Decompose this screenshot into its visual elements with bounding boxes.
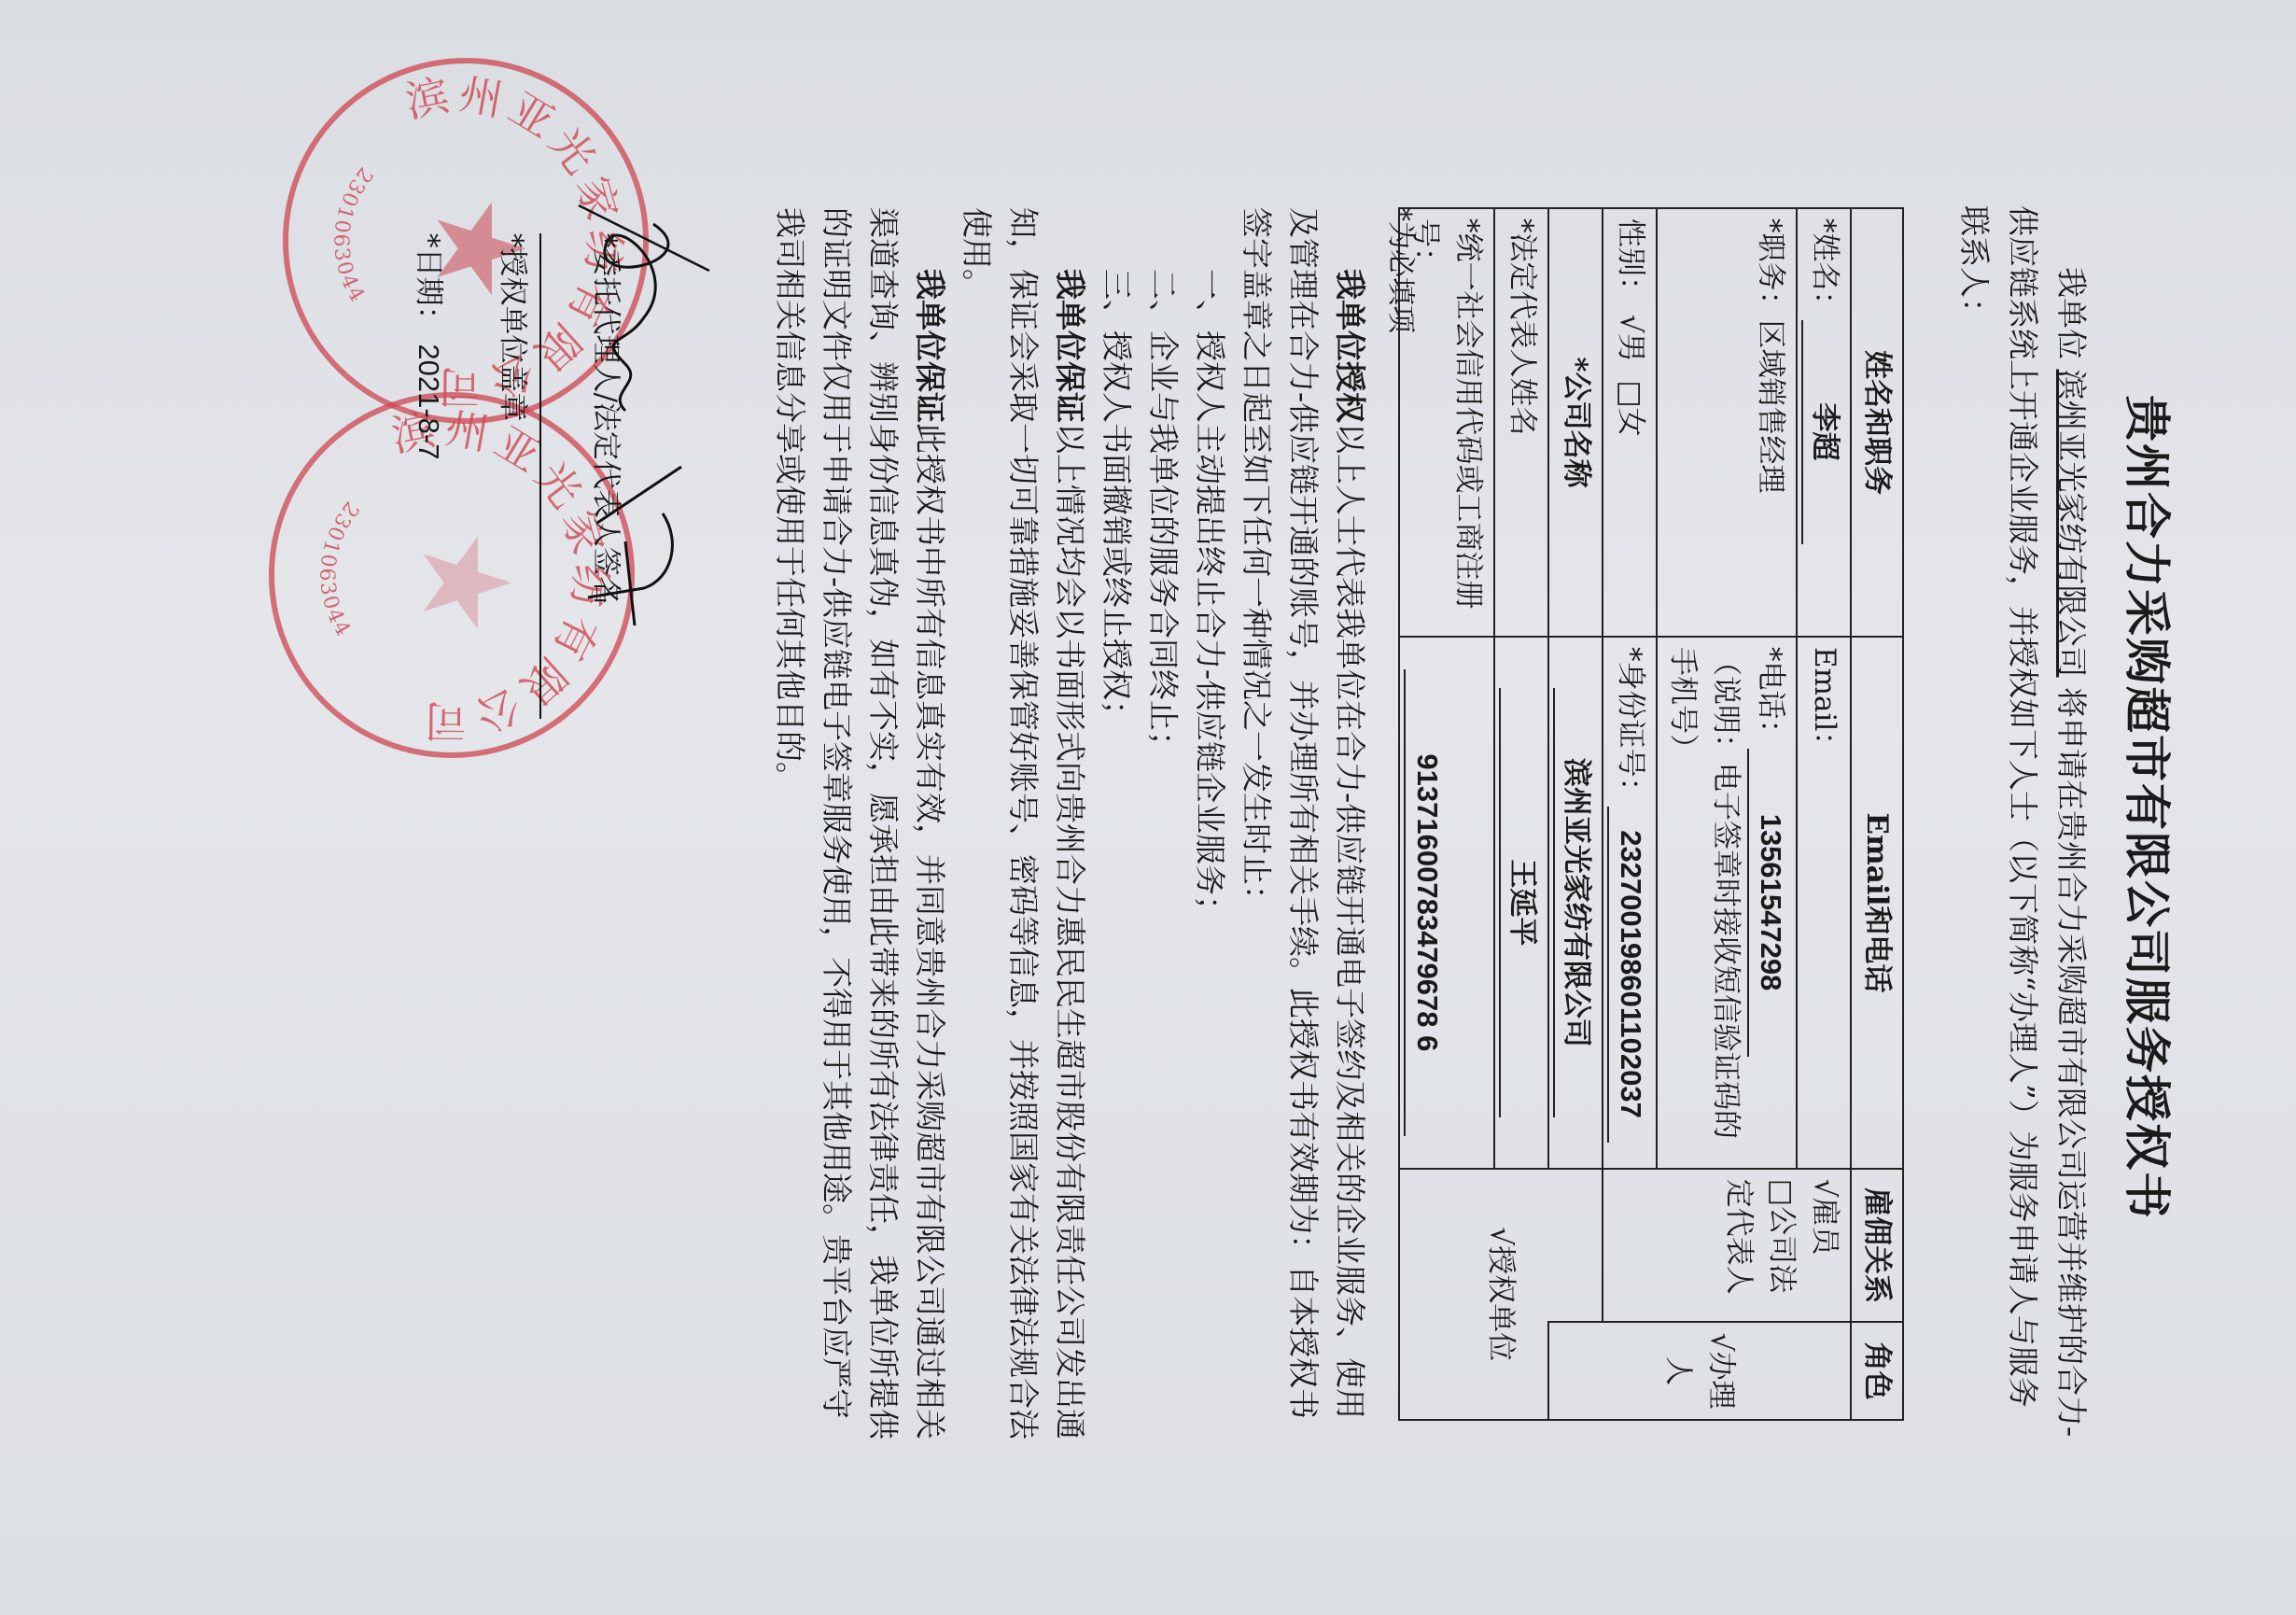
guarantee-paragraph-1: 我单位保证以上情况均会以书面形式向贵州合力惠民民生超市股份有限责任公司发出通知，… — [953, 207, 1093, 1439]
unit-seal-label: *授权单位盖章 — [495, 233, 537, 422]
legal-rep-value: 王延平 — [1499, 688, 1544, 1117]
intro-prefix: 我单位 — [2053, 267, 2090, 359]
svg-text:2301063044: 2301063044 — [329, 162, 376, 307]
applicant-company: 滨州亚光家纺有限公司 — [2053, 370, 2090, 678]
email-label: Email： — [1808, 647, 1841, 760]
termination-item: 三、授权人书面撤销或终止授权； — [1093, 207, 1140, 1439]
gender-label: 性别： — [1614, 218, 1647, 305]
table-row: *姓名：李超 Email： √雇员 □公司法定代表人 √办理人 — [1797, 208, 1851, 1420]
header-email-phone: Email和电话 — [1851, 637, 1903, 1169]
gender-male: √男 — [1614, 315, 1647, 362]
svg-text:2301063044: 2301063044 — [315, 497, 362, 641]
authorize-paragraph: 我单位授权以上人士代表我单位在合力-供应链开通电子签约及相关的企业服务、使用及管… — [1233, 207, 1373, 1439]
handwritten-signature — [551, 187, 719, 709]
phone-value: 13561547298 — [1747, 749, 1792, 1057]
name-label: *姓名： — [1808, 218, 1841, 320]
intro-paragraph: 我单位 滨州亚光家纺有限公司 将申请在贵州合力采购超市有限公司运营并维护的合力-… — [1950, 205, 2095, 1438]
guarantee-paragraph-2: 我单位保证此授权书中所有信息真实有效，并同意贵州合力采购超市有限公司通过相关渠道… — [766, 207, 953, 1439]
phone-note: （说明：电子签章时接收短信验证码的手机号） — [1666, 647, 1743, 1139]
guarantee-lead: 我单位保证 — [1052, 269, 1088, 423]
termination-item: 一、授权人主动提出终止合力-供应链企业服务； — [1186, 207, 1233, 1439]
legal-rep-label: *法定代表人姓名 — [1494, 208, 1548, 637]
table-header-row: 姓名和职务 Email和电话 雇佣关系 角色 — [1851, 208, 1903, 1420]
gender-female: □女 — [1614, 380, 1647, 436]
document-title: 贵州合力采购超市有限公司服务授权书 — [2117, 0, 2184, 1615]
employment-option-employee: √雇员 — [1803, 1179, 1846, 1312]
company-name-value: 滨州亚光家纺有限公司 — [1553, 688, 1598, 1117]
position-label: *职务： — [1754, 218, 1787, 320]
authorization-table: 姓名和职务 Email和电话 雇佣关系 角色 *姓名：李超 Email： √雇员… — [1398, 207, 1904, 1421]
company-role: √授权单位 — [1399, 1169, 1603, 1420]
terms-body: *为必填项 我单位授权以上人士代表我单位在合力-供应链开通电子签约及相关的企业服… — [766, 207, 1423, 1439]
delegate-signature-line — [539, 233, 541, 719]
required-note: *为必填项 — [1377, 207, 1423, 1439]
seal-number: 2301063044 — [315, 497, 362, 641]
date-value: 2021-8-7 — [413, 344, 445, 459]
header-name-position: 姓名和职务 — [1851, 208, 1903, 637]
name-value: 李超 — [1801, 320, 1846, 544]
table-row: *公司名称 滨州亚光家纺有限公司 √授权单位 — [1548, 208, 1603, 1420]
seal-number: 2301063044 — [329, 162, 376, 307]
star-icon: ★ — [405, 528, 526, 638]
date-label: *日期： — [412, 233, 445, 335]
company-name-label: *公司名称 — [1548, 208, 1603, 637]
authorize-lead: 我单位授权 — [1332, 269, 1368, 423]
termination-item: 二、企业与我单位的服务合同终止； — [1140, 207, 1186, 1439]
guarantee-lead: 我单位保证 — [912, 269, 948, 423]
header-role: 角色 — [1851, 1322, 1903, 1420]
header-employment: 雇佣关系 — [1851, 1169, 1903, 1322]
authorization-letter-page: 贵州合力采购超市有限公司服务授权书 我单位 滨州亚光家纺有限公司 将申请在贵州合… — [0, 0, 2296, 1615]
id-value: 232700198601102037 — [1607, 807, 1652, 1143]
position-value: 区域销售经理 — [1754, 320, 1787, 494]
id-label: *身份证号： — [1614, 647, 1647, 807]
phone-label: *电话： — [1754, 647, 1787, 749]
employment-option-legal-rep: □公司法定代表人 — [1717, 1179, 1803, 1312]
